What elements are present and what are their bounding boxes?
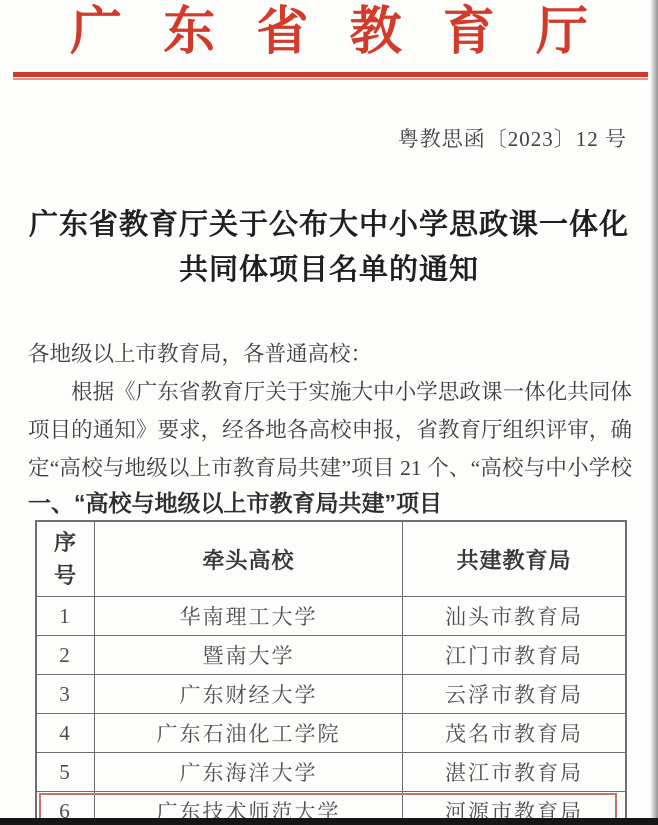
project-table: 序号 牵头高校 共建教育局 1 华南理工大学 汕头市教育局 2 暨南大学 江门市… — [35, 520, 627, 825]
letterhead-agency-name: 广东省教育厅 — [0, 2, 658, 63]
notice-title-line1: 广东省教育厅关于公布大中小学思政课一体化 — [0, 203, 658, 248]
section-heading: 一、“高校与地级以上市教育局共建”项目 — [28, 489, 658, 517]
cell-university: 广东海洋大学 — [94, 753, 403, 791]
cell-university: 广东财经大学 — [94, 675, 403, 713]
cell-seq: 1 — [37, 597, 94, 635]
cell-bureau: 湛江市教育局 — [403, 753, 625, 791]
cell-seq: 2 — [37, 636, 94, 674]
cell-bureau: 江门市教育局 — [403, 636, 625, 674]
cell-university: 华南理工大学 — [94, 597, 403, 635]
header-cell-university: 牵头高校 — [94, 522, 403, 596]
table-row: 3 广东财经大学 云浮市教育局 — [37, 674, 625, 713]
letterhead-divider-main — [13, 72, 648, 77]
header-cell-bureau: 共建教育局 — [403, 522, 625, 596]
table-row: 1 华南理工大学 汕头市教育局 — [37, 596, 625, 635]
document-number: 粤教思函〔2023〕12 号 — [0, 123, 658, 153]
paragraph-line-3: 定“高校与地级以上市教育局共建”项目 21 个、“高校与中小学校 — [28, 449, 632, 487]
cell-university: 广东石油化工学院 — [94, 714, 403, 752]
cell-seq: 5 — [37, 753, 94, 791]
salutation: 各地级以上市教育局，各普通高校： — [28, 335, 632, 373]
letterhead-divider-sub — [13, 78, 648, 80]
cell-university: 暨南大学 — [94, 636, 403, 674]
table-row: 4 广东石油化工学院 茂名市教育局 — [37, 713, 625, 752]
table-row: 2 暨南大学 江门市教育局 — [37, 635, 625, 674]
table-row: 5 广东海洋大学 湛江市教育局 — [37, 752, 625, 791]
cell-bureau: 茂名市教育局 — [403, 714, 625, 752]
cell-bureau: 汕头市教育局 — [403, 597, 625, 635]
notice-title: 广东省教育厅关于公布大中小学思政课一体化 共同体项目名单的通知 — [0, 203, 658, 293]
scan-bottom-bar — [0, 818, 658, 825]
document-page: 广东省教育厅 粤教思函〔2023〕12 号 广东省教育厅关于公布大中小学思政课一… — [0, 0, 658, 825]
paragraph-line-2: 项目的通知》要求，经各地各高校申报，省教育厅组织评审，确 — [28, 411, 632, 449]
scan-edge-shadow — [650, 0, 658, 825]
table-header-row: 序号 牵头高校 共建教育局 — [37, 522, 625, 596]
cell-seq: 4 — [37, 714, 94, 752]
notice-title-line2: 共同体项目名单的通知 — [0, 248, 658, 293]
cell-bureau: 云浮市教育局 — [403, 675, 625, 713]
header-cell-seq: 序号 — [37, 522, 94, 596]
header-seq-label: 序号 — [53, 526, 78, 592]
paragraph-line-1: 根据《广东省教育厅关于实施大中小学思政课一体化共同体 — [28, 373, 632, 411]
cell-seq: 3 — [37, 675, 94, 713]
